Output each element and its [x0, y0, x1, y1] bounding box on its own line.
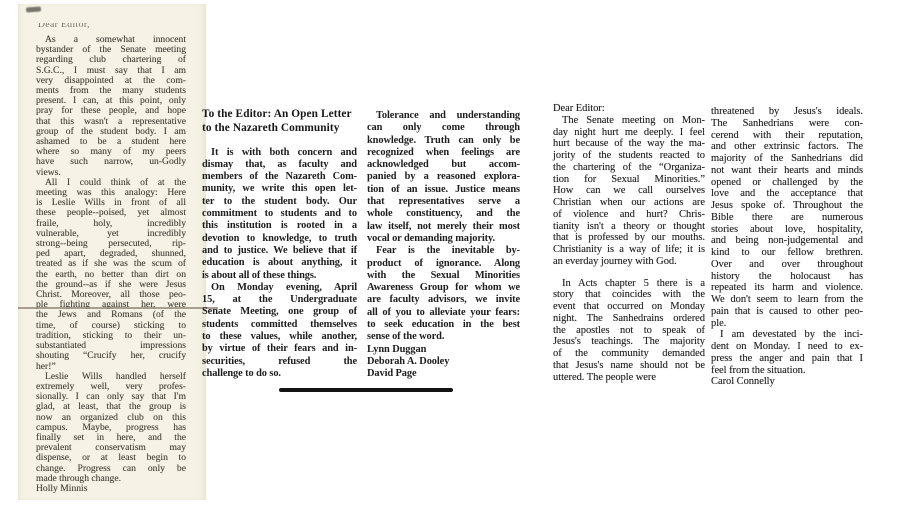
paragraph: As a somewhat innocentbystander of the S… — [36, 35, 186, 178]
text-line: Over and over throughout — [711, 259, 863, 271]
text-line: repeated its harm and violence. — [711, 282, 863, 294]
text-line: can only come through — [367, 122, 520, 134]
text-line: Bible there are numerous — [711, 212, 863, 224]
text-line: glad, at least, that the group is — [36, 402, 186, 412]
text-line: is about all of these things. — [202, 270, 357, 282]
text-line: It is with both concern and — [202, 147, 357, 159]
text-line: How can we call ourselves — [553, 185, 705, 197]
open-letter-col1: To the Editor: An Open Letterto the Naza… — [202, 108, 357, 380]
text-line: I am devestated by the inci- — [711, 329, 863, 341]
text-line: acknowledged but accom- — [367, 159, 520, 171]
text-line: threatened by Jesus's ideals. — [711, 106, 863, 118]
signature-carol-connelly: Carol Connelly — [711, 376, 863, 388]
text-line: whole constituency, and the — [367, 208, 520, 220]
text-line: uttered. The people were — [553, 372, 705, 384]
text-line: education is about anything, it — [202, 257, 357, 269]
text-line: Jesus spoke of. Throughout the — [711, 200, 863, 212]
text-line: panied by a reasoned explora- — [367, 171, 520, 183]
clipped-salutation-text: Dear Editor, — [38, 23, 168, 31]
text-line: not want their hearts and minds — [711, 165, 863, 177]
text-line: that Jesus's name should not be — [553, 360, 705, 372]
paragraph: All I could think of at themeeting was t… — [36, 178, 186, 372]
text-line: of the community demanded — [553, 348, 705, 360]
open-letter-heading: To the Editor: An Open Letterto the Naza… — [202, 108, 357, 136]
text-line: knowledge. Truth can only be — [367, 135, 520, 147]
text-line: David Page — [367, 368, 520, 380]
paragraph: I am devestated by the inci-dent on Mond… — [711, 329, 863, 376]
text-line: story that coincides with the — [553, 289, 705, 301]
text-line: love and the acceptance that — [711, 188, 863, 200]
letter-body: As a somewhat innocentbystander of the S… — [36, 35, 186, 484]
text-line: and other extrinsic factors. The — [711, 141, 863, 153]
scan-smudge-artifact — [26, 6, 41, 12]
text-line: devotion to knowledge, to truth — [202, 233, 357, 245]
text-line: feel from the situation. — [711, 365, 863, 377]
text-line: tion for Sexual Minorities.” — [553, 174, 705, 186]
paragraph: It is with both concern anddismay that, … — [202, 147, 357, 282]
letter-body-col2: threatened by Jesus's ideals.The Sanhedr… — [711, 106, 863, 376]
open-letter-col2: Tolerance and understandingcan only come… — [367, 110, 520, 381]
paragraph: On Monday evening, April15, at the Under… — [202, 282, 357, 380]
text-line: are faculty advisors, we invite — [367, 294, 520, 306]
text-line: history the holocaust has — [711, 271, 863, 283]
text-line: In Acts chapter 5 there is a — [553, 278, 705, 290]
text-line: an everday journey with God. — [553, 256, 705, 268]
letter-carol-connelly-col2: threatened by Jesus's ideals.The Sanhedr… — [711, 106, 863, 388]
text-line: dispense, or at least begin to — [36, 453, 186, 463]
signature-holly-minnis: Holly Minnis — [36, 484, 186, 494]
text-line: Tolerance and understanding — [367, 110, 520, 122]
text-line: On Monday evening, April — [202, 282, 357, 294]
text-line: that representatives serve a — [367, 196, 520, 208]
text-line: Christianity is a way of life; it is — [553, 244, 705, 256]
text-line: commitment to students and to — [202, 208, 357, 220]
section-divider-rule — [279, 388, 453, 392]
text-line: Jesus's teachings. The majority — [553, 336, 705, 348]
paragraph: Fear is the inevitable by-product of ign… — [367, 245, 520, 343]
text-line: of violence and hurt? Chris- — [553, 209, 705, 221]
text-line: by virtue of their fears and in- — [202, 343, 357, 355]
text-line: to the Nazareth Community — [202, 122, 357, 136]
text-line: challenge to do so. — [202, 368, 357, 380]
text-line: product of ignorance. Along — [367, 258, 520, 270]
text-line: jority of the students reacted to — [553, 150, 705, 162]
text-line: law itself, not merely their most — [367, 221, 520, 233]
text-line: Deborah A. Dooley — [367, 356, 520, 368]
text-line: students committed themselves — [202, 319, 357, 331]
paragraph: In Acts chapter 5 there is astory that c… — [553, 278, 705, 384]
text-line: Awareness Group for whom we — [367, 282, 520, 294]
text-line: majority of the Sanhedrians did — [711, 153, 863, 165]
text-line: to seek education in the best — [367, 319, 520, 331]
scan-line-artifact — [18, 307, 218, 309]
text-line: 15, at the Undergraduate — [202, 294, 357, 306]
text-line: hurt because of the way the ma- — [553, 138, 705, 150]
text-line: event that occurred on Monday — [553, 301, 705, 313]
text-line: and being non-judgemental and — [711, 235, 863, 247]
paragraph: threatened by Jesus's ideals.The Sanhedr… — [711, 106, 863, 329]
text-line: night. The Sanhedrains ordered — [553, 313, 705, 325]
text-line: this institution is rooted in a — [202, 220, 357, 232]
text-line: Christian when our actions are — [553, 197, 705, 209]
text-line: with the Sexual Minorities — [367, 270, 520, 282]
text-line: pain that is caused to other peo- — [711, 306, 863, 318]
text-line: ter to the student body. Our — [202, 196, 357, 208]
open-letter-col1-body: It is with both concern anddismay that, … — [202, 147, 357, 381]
text-line: all of you to alleviate your fears: — [367, 307, 520, 319]
salutation: Dear Editor: — [553, 103, 705, 115]
paragraph: The Senate meeting on Mon-day night hurt… — [553, 115, 705, 268]
text-line: members of the Nazareth Com- — [202, 171, 357, 183]
text-line: dent on Monday. I need to ex- — [711, 341, 863, 353]
text-line: ple. — [711, 318, 863, 330]
text-line: To the Editor: An Open Letter — [202, 108, 357, 122]
letter-carol-connelly-col1: Dear Editor: The Senate meeting on Mon-d… — [553, 103, 705, 383]
text-line: day night hurt me deeply. I feel — [553, 127, 705, 139]
text-line: munity, we write this open let- — [202, 183, 357, 195]
text-line: tion of an issue. Justice means — [367, 184, 520, 196]
text-line: Lynn Duggan — [367, 344, 520, 356]
text-line: securities, refused the — [202, 356, 357, 368]
text-line: that is professed by our mouths. — [553, 232, 705, 244]
letter-holly-minnis: As a somewhat innocentbystander of the S… — [36, 35, 186, 494]
text-line: press the anger and pain that I — [711, 353, 863, 365]
text-line: tianity isn't a theory or thought — [553, 221, 705, 233]
text-line: the apostles not to speak of — [553, 325, 705, 337]
text-line: We don't seem to learn from the — [711, 294, 863, 306]
paragraph: Leslie Wills handled herselfextremely we… — [36, 372, 186, 484]
text-line: recognized when feelings are — [367, 147, 520, 159]
paragraph: Tolerance and understandingcan only come… — [367, 110, 520, 245]
text-line: to these values, while another, — [202, 331, 357, 343]
letter-body-col1: The Senate meeting on Mon-day night hurt… — [553, 115, 705, 384]
text-line: Fear is the inevitable by- — [367, 245, 520, 257]
open-letter-signatures: Lynn DugganDeborah A. DooleyDavid Page — [367, 344, 520, 381]
text-line: the chartering of the “Organiza- — [553, 162, 705, 174]
text-line: shouting “Crucify her, crucify — [36, 351, 186, 361]
text-line: and to justice. We believe that if — [202, 245, 357, 257]
text-line: kind to our fellow brethren. — [711, 247, 863, 259]
text-line: opened or challenged by the — [711, 177, 863, 189]
text-line: Senate Meeting, one group of — [202, 306, 357, 318]
clipped-salutation: Dear Editor, — [38, 23, 168, 32]
text-line: stories about love, hospitality, — [711, 224, 863, 236]
text-line: sense of the word. — [367, 331, 520, 343]
open-letter-col2-body: Tolerance and understandingcan only come… — [367, 110, 520, 344]
text-line: vocal or demanding majority. — [367, 233, 520, 245]
text-line: dismay that, as faculty and — [202, 159, 357, 171]
text-line: The Senate meeting on Mon- — [553, 115, 705, 127]
text-line: The Sanhedrians were con- — [711, 118, 863, 130]
text-line: cerend with their reputation, — [711, 130, 863, 142]
